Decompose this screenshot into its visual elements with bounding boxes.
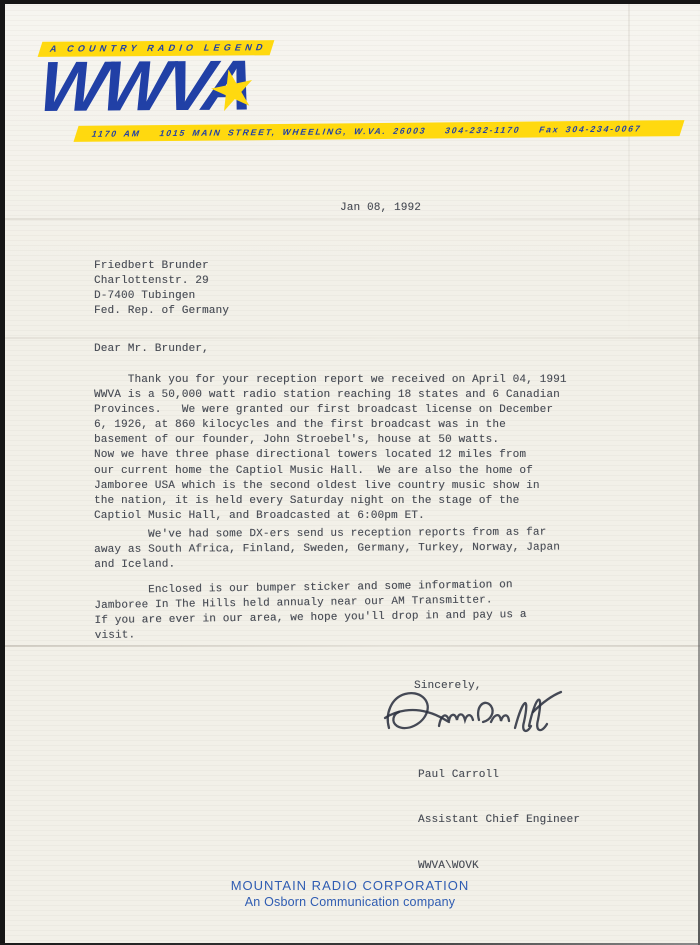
paragraph-3: Enclosed is our bumper sticker and some … xyxy=(94,578,527,644)
salutation: Dear Mr. Brunder, xyxy=(94,342,209,357)
paragraph-2: We've had some DX-ers send us reception … xyxy=(94,526,560,574)
recipient-address: Friedbert Brunder Charlottenstr. 29 D-74… xyxy=(94,259,229,319)
crease-line xyxy=(0,337,700,339)
footer: MOUNTAIN RADIO CORPORATION An Osborn Com… xyxy=(0,878,700,909)
signature-org: WWVA\WOVK xyxy=(418,859,580,874)
signature-title: Assistant Chief Engineer xyxy=(418,813,580,828)
scanned-letter: A COUNTRY RADIO LEGEND WWVA 1170 AM 1015… xyxy=(0,0,700,945)
paragraph-1: Thank you for your reception report we r… xyxy=(94,373,567,524)
letter-date: Jan 08, 1992 xyxy=(340,201,421,216)
crease-line-vertical xyxy=(628,4,630,344)
star-icon xyxy=(207,65,259,117)
footer-company: MOUNTAIN RADIO CORPORATION xyxy=(0,878,700,893)
crease-line xyxy=(0,645,700,647)
crease-line xyxy=(0,218,700,220)
station-logo: WWVA xyxy=(36,62,296,122)
footer-subline: An Osborn Communication company xyxy=(0,895,700,909)
scan-edge-top xyxy=(0,0,700,4)
scan-edge-left xyxy=(0,0,5,945)
station-name: WWVA xyxy=(36,60,303,114)
signature-name: Paul Carroll xyxy=(418,768,580,783)
